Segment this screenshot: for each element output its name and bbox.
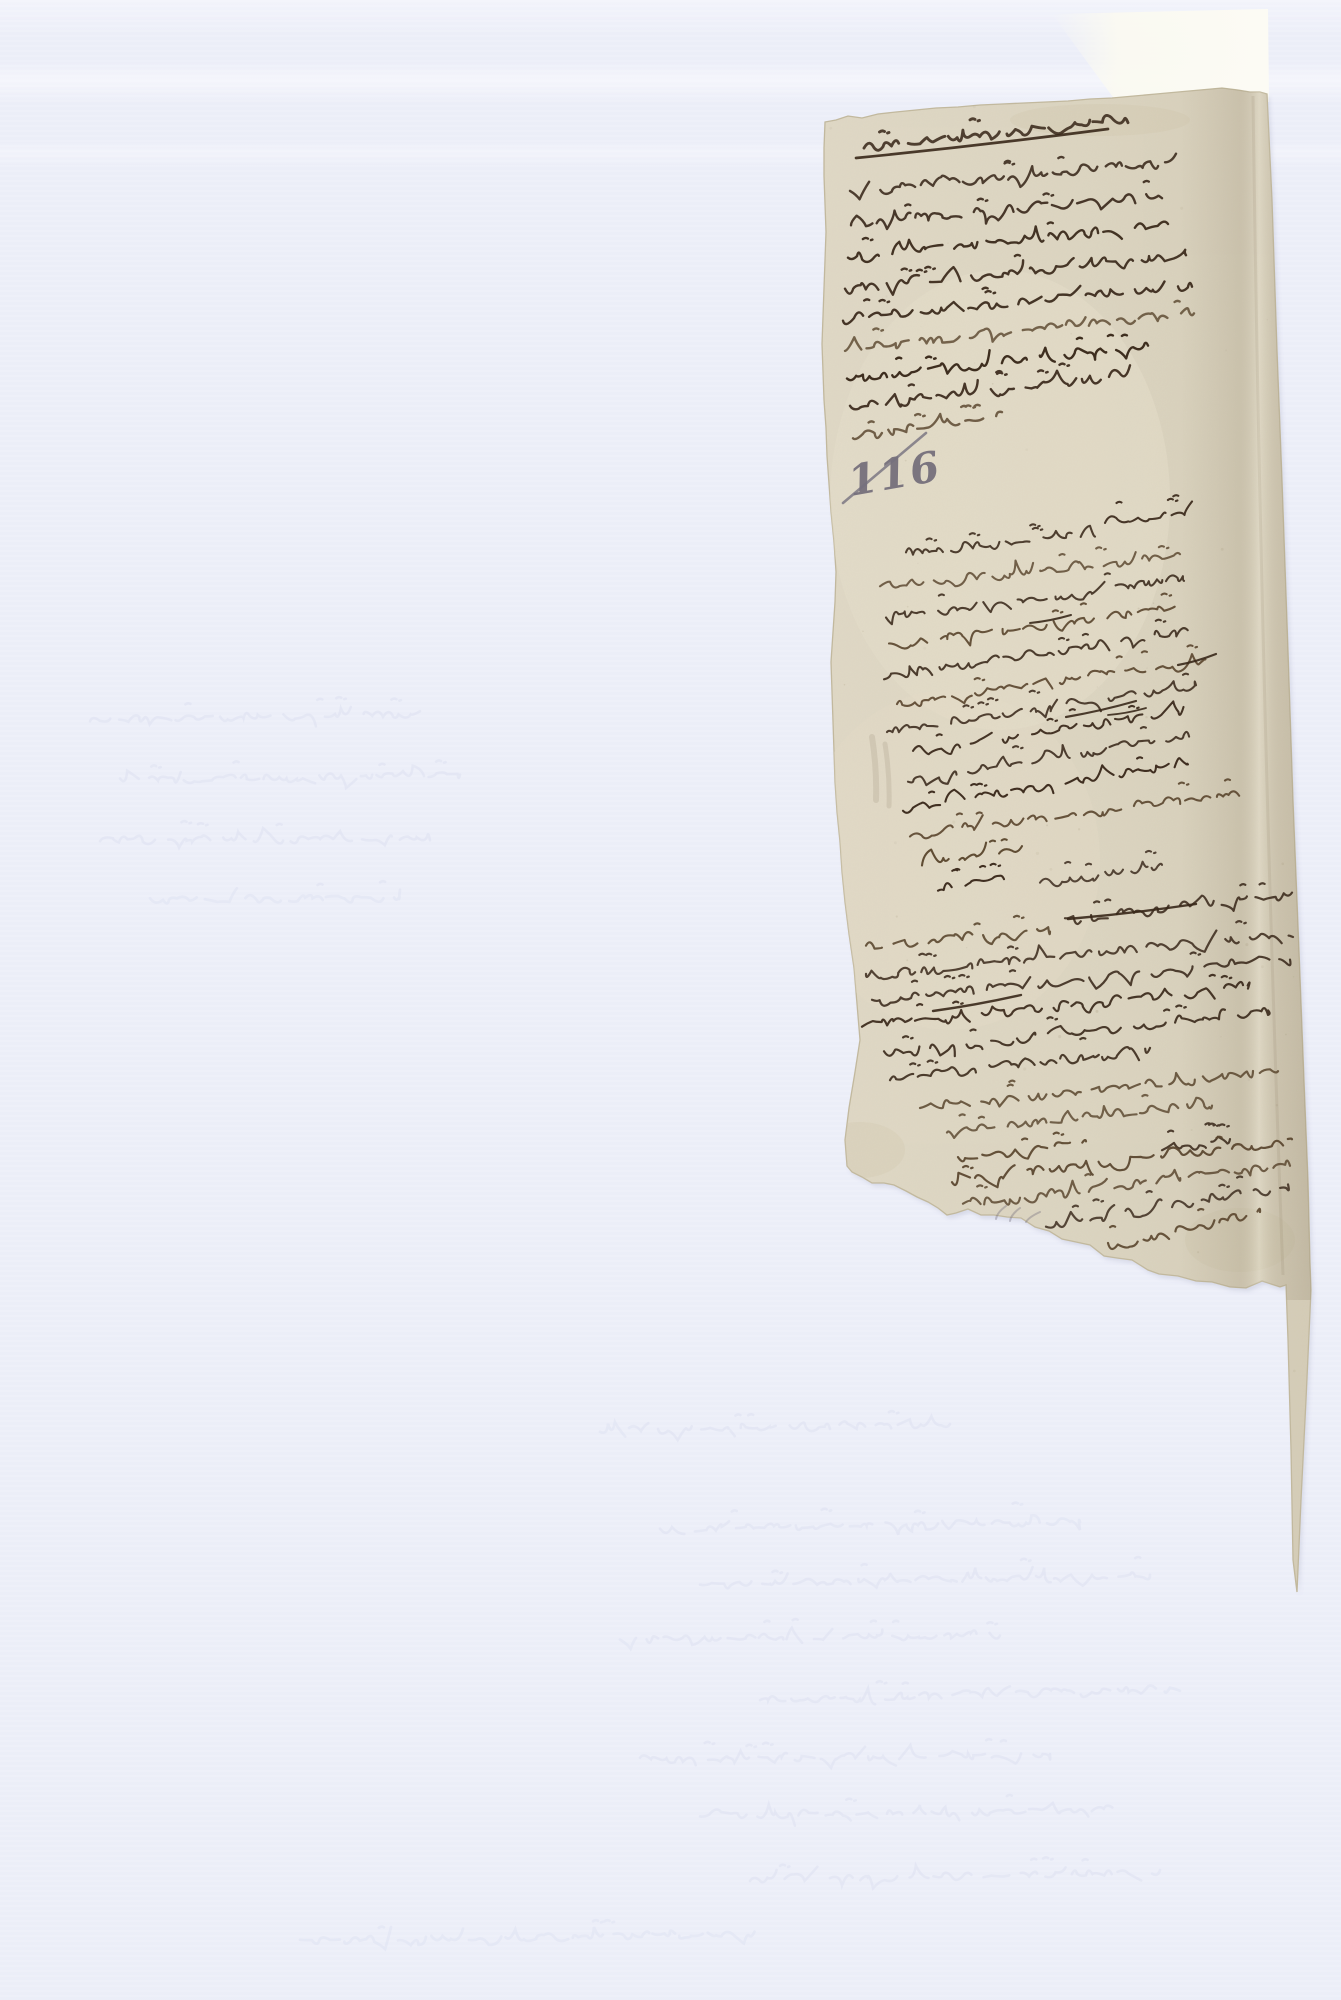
ghost-stroke [700, 1557, 1150, 1588]
ghost-stroke [150, 881, 400, 903]
scanned-page: 116 [0, 0, 1341, 2000]
ghost-stroke [120, 760, 460, 788]
ghost-stroke [640, 1739, 1050, 1768]
ghost-stroke [700, 1795, 1112, 1826]
ghost-stroke [620, 1619, 1000, 1649]
manuscript-fragment [800, 80, 1314, 1596]
ghost-stroke [300, 1920, 755, 1949]
paper-surface-texture [800, 80, 1312, 1592]
manuscript-scan-svg: 116 [0, 0, 1341, 2000]
ghost-stroke [90, 697, 420, 726]
ghost-stroke [100, 821, 430, 848]
ghost-stroke [600, 1411, 950, 1440]
ghost-stroke [750, 1857, 1160, 1888]
ghost-stroke [760, 1681, 1180, 1704]
ghost-stroke [660, 1503, 1080, 1535]
